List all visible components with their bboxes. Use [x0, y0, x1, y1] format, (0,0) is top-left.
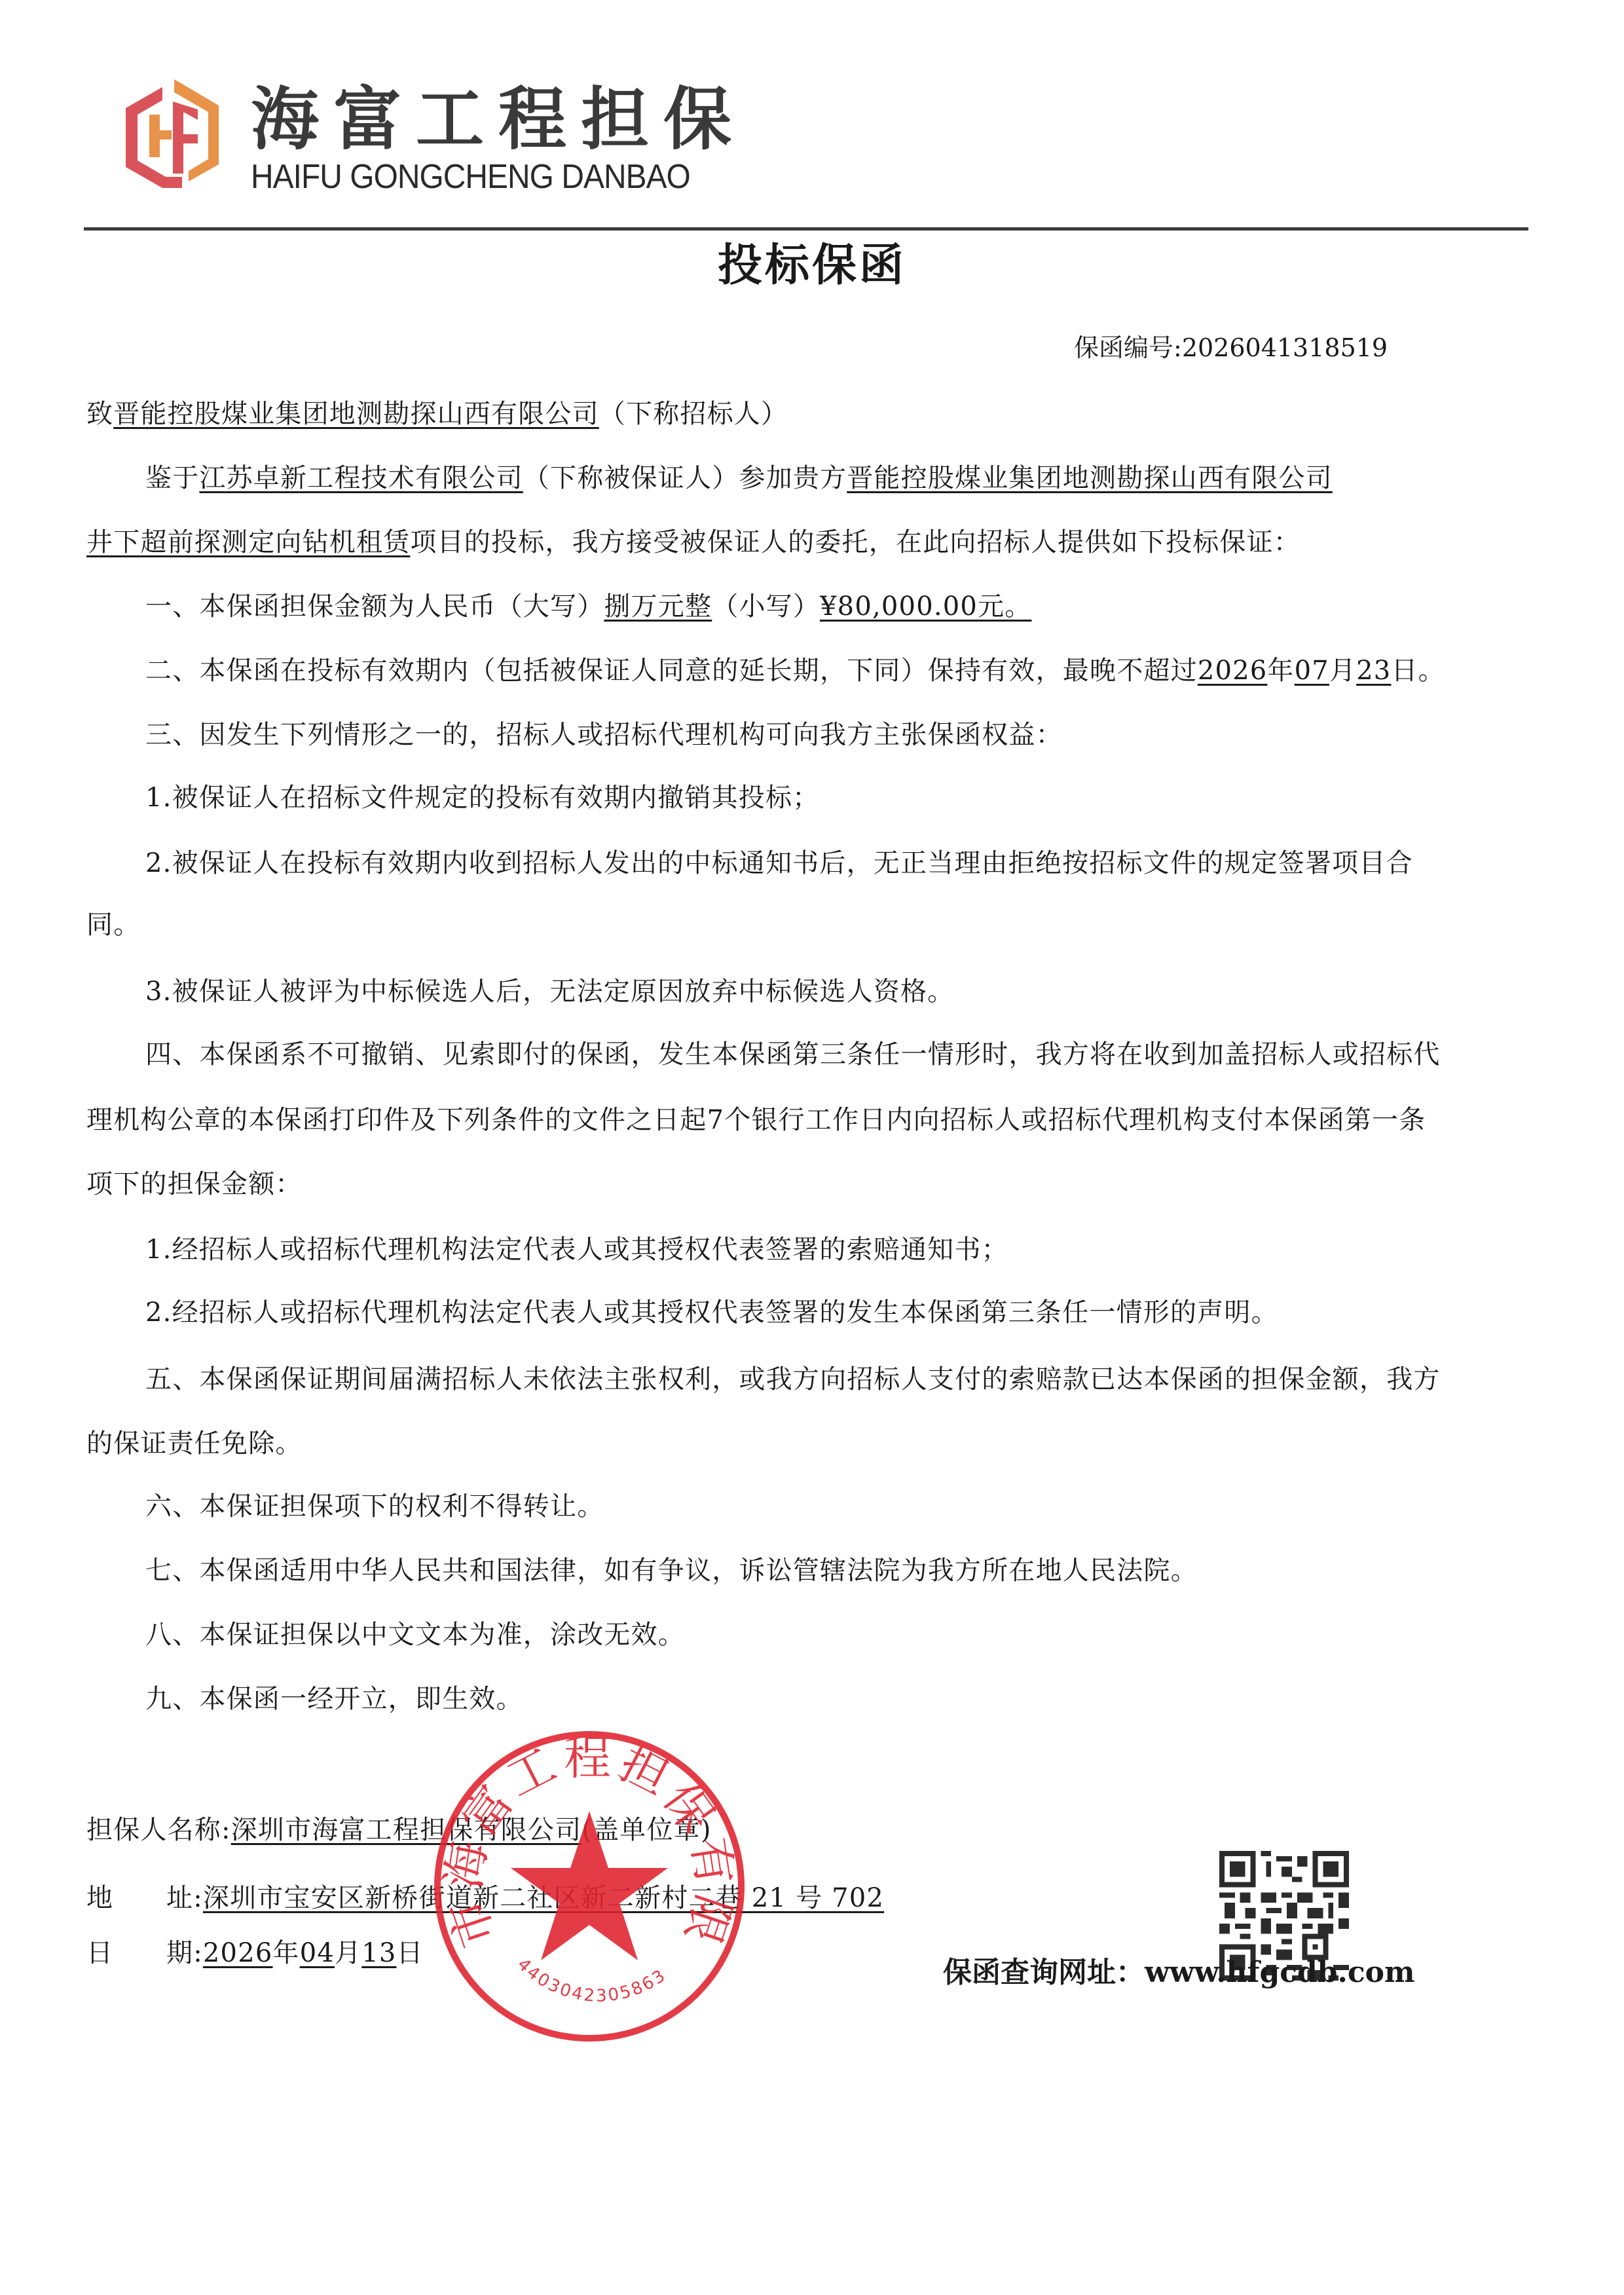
applicant-name: 江苏卓新工程技术有限公司: [199, 463, 523, 493]
logo-chinese-name: 海富工程担保: [251, 85, 746, 153]
issue-month: 04: [300, 1938, 335, 1968]
clause-6: 六、本保证担保项下的权利不得转让。: [145, 1493, 604, 1520]
company-seal-icon: 深圳市海富工程担保有限公司 4403042305863: [426, 1723, 753, 2050]
clause-5-line-1: 五、本保函保证期间届满招标人未依法主张权利，或我方向招标人支付的索赔款已达本保函…: [145, 1366, 1441, 1392]
clause-1: 一、本保函担保金额为人民币（大写）捌万元整（小写）¥80,000.00元。: [145, 593, 1031, 620]
guarantee-number: 保函编号:2026041318519: [1074, 335, 1388, 360]
intro-line-2: 井下超前探测定向钻机租赁项目的投标，我方接受被保证人的委托，在此向招标人提供如下…: [86, 529, 1301, 555]
amount-figure-value: ¥80,000.00: [820, 591, 978, 622]
issue-year-unit: 年: [273, 1938, 300, 1968]
clause-4-line-2: 理机构公章的本保函打印件及下列条件的文件之日起7个银行工作日内向招标人或招标代理…: [86, 1107, 1426, 1133]
verification-label: 保函查询网址：: [943, 1956, 1145, 1989]
address-label-a: 地: [86, 1885, 166, 1911]
logo-english-name: HAIFU GONGCHENG DANBAO: [251, 160, 690, 194]
year-unit: 年: [1267, 656, 1294, 686]
clause-4-line-3: 项下的担保金额：: [86, 1171, 303, 1197]
issue-year: 2026: [203, 1938, 273, 1968]
header-divider: [84, 227, 1528, 231]
clause-7: 七、本保函适用中华人民共和国法律，如有争议，诉讼管辖法院为我方所在地人民法院。: [145, 1558, 1198, 1584]
addressee-line: 致晋能控股煤业集团地测勘探山西有限公司（下称招标人）: [86, 401, 788, 427]
guarantee-number-value: 2026041318519: [1182, 333, 1388, 362]
expiry-day: 23: [1356, 656, 1391, 686]
date-label-a: 日: [86, 1940, 166, 1966]
month-unit: 月: [1329, 656, 1356, 686]
issue-day-unit: 日: [397, 1938, 424, 1968]
guarantor-name-label: 担保人名称:: [86, 1815, 231, 1845]
issue-date-line: 日期:2026年04月13日: [86, 1940, 424, 1966]
expiry-year: 2026: [1198, 656, 1268, 686]
guarantee-number-label: 保函编号:: [1074, 333, 1182, 362]
hf-logo-icon: [117, 75, 228, 200]
clause-2: 二、本保函在投标有效期内（包括被保证人同意的延长期，下同）保持有效，最晚不超过2…: [145, 658, 1445, 684]
amount-words: 捌万元整: [604, 591, 712, 622]
clause-4-item-2: 2.经招标人或招标代理机构法定代表人或其授权代表签署的发生本保函第三条任一情形的…: [145, 1299, 1278, 1326]
project-name: 井下超前探测定向钻机租赁: [86, 527, 410, 557]
issue-day: 13: [361, 1938, 396, 1968]
document-title: 投标保函: [0, 244, 1624, 288]
clause-3-item-3: 3.被保证人被评为中标候选人后，无法定原因放弃中标候选人资格。: [145, 979, 954, 1005]
clause-3-item-1: 1.被保证人在招标文件规定的投标有效期内撤销其投标；: [145, 785, 819, 811]
clause-9: 九、本保函一经开立，即生效。: [145, 1686, 523, 1712]
svg-text:4403042305863: 4403042305863: [513, 1954, 671, 2006]
issue-month-unit: 月: [335, 1938, 361, 1968]
clause-8: 八、本保证担保以中文文本为准，涂改无效。: [145, 1622, 685, 1648]
amount-figure: ¥80,000.00元。: [820, 591, 1031, 622]
addressee-suffix: （下称招标人）: [599, 399, 788, 429]
intro-suffix: 项目的投标，我方接受被保证人的委托，在此向招标人提供如下投标保证：: [410, 527, 1301, 557]
day-unit: 日。: [1391, 656, 1445, 686]
intro-prefix: 鉴于: [145, 463, 199, 493]
verification-url-line: 保函查询网址：www.hfgcdb.com: [943, 1958, 1415, 1987]
intro-line-1: 鉴于江苏卓新工程技术有限公司（下称被保证人）参加贵方晋能控股煤业集团地测勘探山西…: [145, 465, 1333, 491]
clause-3: 三、因发生下列情形之一的，招标人或招标代理机构可向我方主张保函权益：: [145, 722, 1063, 748]
beneficiary-name-2: 晋能控股煤业集团地测勘探山西有限公司: [847, 463, 1333, 493]
clause-1-mid: （小写）: [712, 591, 820, 622]
clause-3-item-2: 2.被保证人在投标有效期内收到招标人发出的中标通知书后，无正当理由拒绝按招标文件…: [145, 850, 1413, 876]
clause-3-item-2-cont: 同。: [86, 912, 140, 938]
clause-1-prefix: 一、本保函担保金额为人民币（大写）: [145, 591, 604, 622]
addressee-prefix: 致: [86, 399, 113, 429]
address-label-b: 址:: [166, 1883, 203, 1913]
seal-number: 4403042305863: [513, 1954, 671, 2006]
verification-url[interactable]: www.hfgcdb.com: [1145, 1956, 1415, 1989]
expiry-month: 07: [1295, 656, 1329, 686]
clause-2-prefix: 二、本保函在投标有效期内（包括被保证人同意的延长期，下同）保持有效，最晚不超过: [145, 656, 1198, 686]
clause-4-line-1: 四、本保函系不可撤销、见索即付的保函，发生本保函第三条任一情形时，我方将在收到加…: [145, 1041, 1441, 1068]
date-label-b: 期:: [166, 1938, 203, 1968]
intro-mid: （下称被保证人）参加贵方: [523, 463, 847, 493]
beneficiary-name: 晋能控股煤业集团地测勘探山西有限公司: [113, 399, 599, 429]
clause-4-item-1: 1.经招标人或招标代理机构法定代表人或其授权代表签署的索赔通知书；: [145, 1237, 1008, 1263]
clause-5-line-2: 的保证责任免除。: [86, 1430, 303, 1457]
amount-unit: 元。: [978, 591, 1031, 622]
